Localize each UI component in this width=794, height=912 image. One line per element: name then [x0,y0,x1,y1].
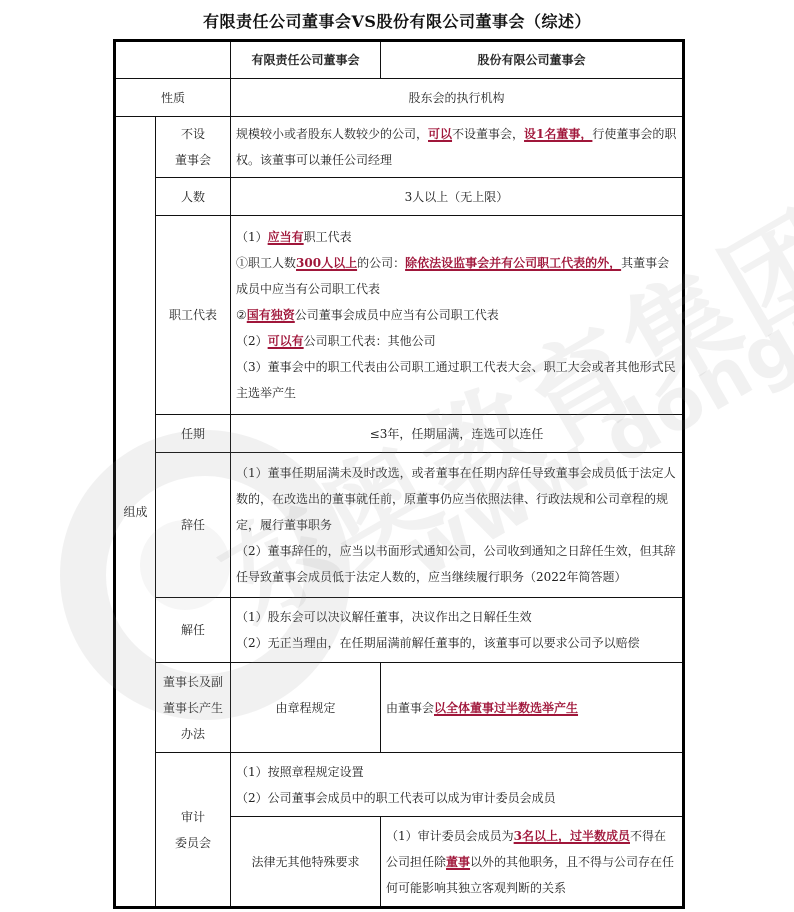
no-board-value: 规模较小或者股东人数较少的公司，可以不设董事会，设1名董事，行使董事会的职权。该… [231,117,684,178]
row-employee-rep: 职工代表 （1）应当有职工代表 ①职工人数300人以上的公司：除依法设监事会并有… [115,216,684,415]
highlight-text: 3名以上，过半数成员 [514,829,630,843]
resignation-label: 辞任 [156,453,231,598]
audit-jsc: （1）审计委员会成员为3名以上，过半数成员不得在公司担任除董事以外的其他职务，且… [381,817,684,908]
term-label: 任期 [156,415,231,453]
highlight-text: 除依法设监事会并有公司职工代表的外， [405,256,621,270]
chairman-llc: 由章程规定 [231,663,381,753]
resignation-value: （1）董事任期届满未及时改选，或者董事在任期内辞任导致董事会成员低于法定人数的，… [231,453,684,598]
composition-label: 组成 [115,117,156,908]
row-no-board: 组成 不设董事会 规模较小或者股东人数较少的公司，可以不设董事会，设1名董事，行… [115,117,684,178]
employee-rep-value: （1）应当有职工代表 ①职工人数300人以上的公司：除依法设监事会并有公司职工代… [231,216,684,415]
audit-common: （1）按照章程规定设置 （2）公司董事会成员中的职工代表可以成为审计委员会成员 [231,753,684,817]
headcount-value: 3人以上（无上限） [231,178,684,216]
term-value: ≤3年，任期届满，连选可以连任 [231,415,684,453]
row-chairman: 董事长及副董事长产生办法 由章程规定 由董事会以全体董事过半数选举产生 [115,663,684,753]
header-jsc: 股份有限公司董事会 [381,41,684,79]
no-board-label: 不设董事会 [156,117,231,178]
audit-label: 审计委员会 [156,753,231,908]
headcount-label: 人数 [156,178,231,216]
nature-value: 股东会的执行机构 [231,79,684,117]
row-headcount: 人数 3人以上（无上限） [115,178,684,216]
row-resignation: 辞任 （1）董事任期届满未及时改选，或者董事在任期内辞任导致董事会成员低于法定人… [115,453,684,598]
dismissal-value: （1）股东会可以决议解任董事，决议作出之日解任生效 （2）无正当理由，在任期届满… [231,598,684,663]
row-nature: 性质 股东会的执行机构 [115,79,684,117]
highlight-text: 董事 [446,855,470,869]
chairman-jsc: 由董事会以全体董事过半数选举产生 [381,663,684,753]
header-llc: 有限责任公司董事会 [231,41,381,79]
row-term: 任期 ≤3年，任期届满，连选可以连任 [115,415,684,453]
nature-label: 性质 [115,79,231,117]
page-title: 有限责任公司董事会VS股份有限公司董事会（综述） [0,9,794,32]
audit-llc: 法律无其他特殊要求 [231,817,381,908]
employee-rep-label: 职工代表 [156,216,231,415]
highlight-text: 设1名董事， [524,127,592,141]
highlight-text: 可以 [428,127,452,141]
highlight-text: 可以有 [268,334,304,348]
highlight-text: 以全体董事过半数选举产生 [434,701,578,715]
comparison-table: 有限责任公司董事会 股份有限公司董事会 性质 股东会的执行机构 组成 不设董事会… [113,39,685,909]
highlight-text: 300人以上 [296,256,357,270]
header-empty-cell [115,41,231,79]
highlight-text: 应当有 [268,230,304,244]
row-audit-common: 审计委员会 （1）按照章程规定设置 （2）公司董事会成员中的职工代表可以成为审计… [115,753,684,817]
header-row: 有限责任公司董事会 股份有限公司董事会 [115,41,684,79]
row-dismissal: 解任 （1）股东会可以决议解任董事，决议作出之日解任生效 （2）无正当理由，在任… [115,598,684,663]
chairman-label: 董事长及副董事长产生办法 [156,663,231,753]
dismissal-label: 解任 [156,598,231,663]
highlight-text: 国有独资 [247,308,295,322]
